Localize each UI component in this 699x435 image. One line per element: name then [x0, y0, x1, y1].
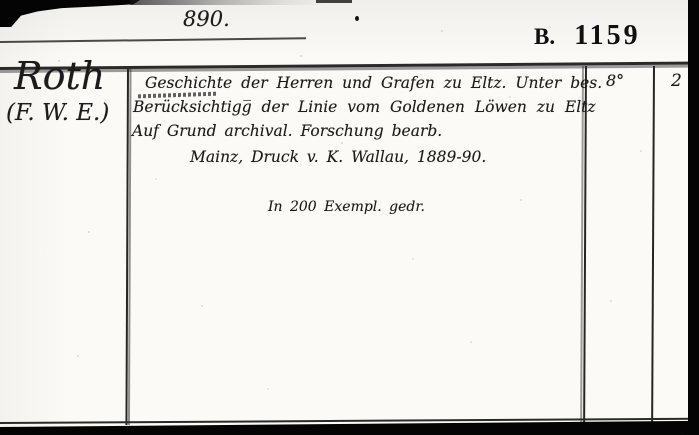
shelfmark-number: 1159	[574, 20, 640, 51]
format-value: 8°	[606, 71, 624, 90]
scan-corner-blob	[0, 0, 140, 27]
scan-edge-right	[688, 0, 699, 435]
running-number: 890.	[183, 7, 230, 31]
author-initials: (F. W. E.)	[6, 100, 109, 126]
copies-value: 2	[671, 71, 682, 91]
format-column-rule	[583, 66, 587, 424]
running-number-underline	[0, 37, 306, 42]
shelfmark-prefix: B.	[534, 24, 555, 49]
scan-edge-mark	[316, 0, 352, 3]
entry-line: Geschichte der Herren und Grafen zu Eltz…	[145, 74, 602, 92]
entry-line: Auf Grund archival. Forschung bearb.	[132, 122, 442, 140]
scan-edge-smudge	[130, 0, 325, 5]
copies-column-rule	[651, 66, 654, 424]
shelfmark: B. 1159	[534, 20, 641, 52]
author-column-rule	[125, 69, 128, 425]
entry-line: Mainz, Druck v. K. Wallau, 1889-90.	[190, 148, 486, 166]
entry-line: Berücksichtigg̅ der Linie vom Goldenen L…	[133, 98, 596, 116]
ink-dot	[355, 16, 359, 21]
author-surname: Roth	[14, 54, 105, 98]
catalog-card-scan: 890. B. 1159 Roth (F. W. E.) Geschichte …	[0, 0, 699, 435]
entry-note: In 200 Exempl. gedr.	[268, 199, 425, 215]
